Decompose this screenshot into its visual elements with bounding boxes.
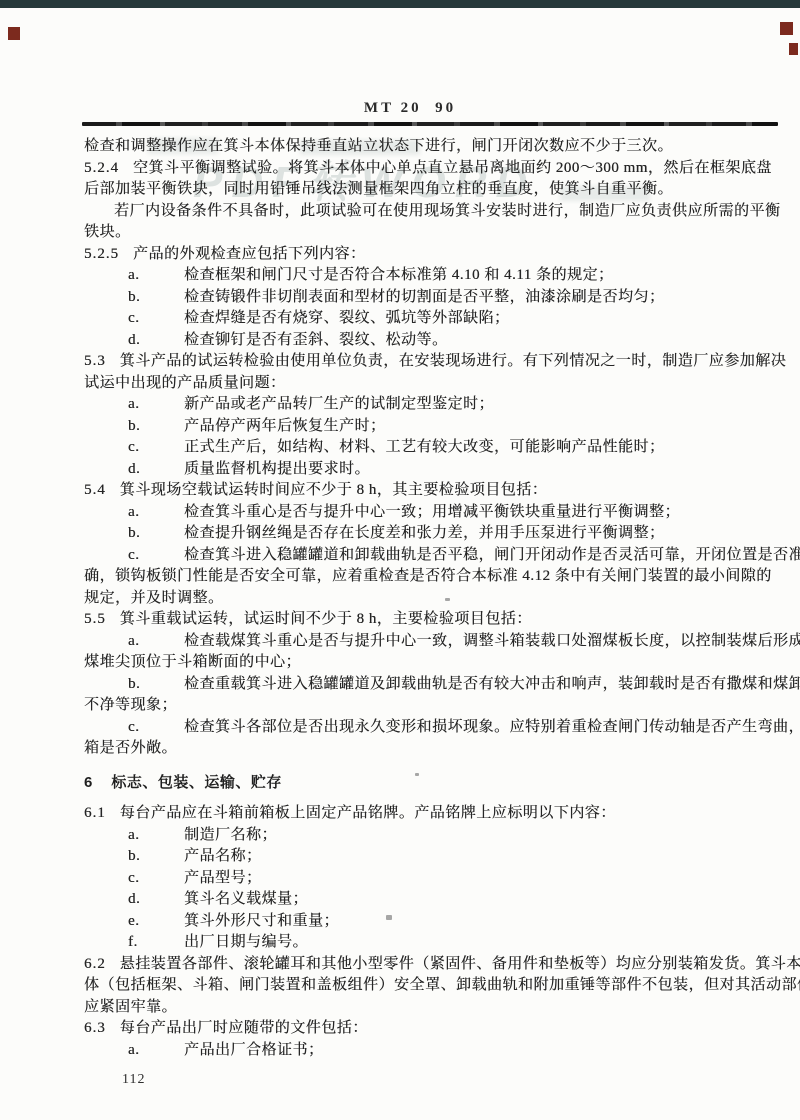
text-line: c.正式生产后，如结构、材料、工艺有较大改变，可能影响产品性能时； [84,437,744,459]
text-line: 5.5箕斗重载试运转，试运时间不少于 8 h，主要检验项目包括： [84,609,744,631]
line-text: 每台产品出厂时应随带的文件包括： [120,1020,368,1036]
text-line: 5.3箕斗产品的试运转检验由使用单位负责，在安装现场进行。有下列情况之一时，制造… [84,351,744,373]
text-line: 不净等现象； [84,695,744,717]
clause-number: 5.3 [84,351,106,373]
line-text: 检查和调整操作应在箕斗本体保持垂直站立状态下进行，闸门开闭次数应不少于三次。 [84,138,673,154]
item-label: c. [128,717,145,739]
line-text: 检查框架和闸门尺寸是否符合本标准第 4.10 和 4.11 条的规定； [184,267,613,283]
line-text: 检查箕斗各部位是否出现永久变形和损坏现象。应特别着重检查闸门传动轴是否产生弯曲，… [184,719,800,735]
text-line: b.检查铸锻件非切削表面和型材的切割面是否平整，油漆涂刷是否均匀； [84,287,744,309]
item-label: d. [128,330,145,352]
line-text: 检查焊缝是否有烧穿、裂纹、弧坑等外部缺陷； [184,310,510,326]
clause-number: 5.2.5 [84,244,119,266]
item-label: e. [128,911,145,933]
scan-edge-bar [0,0,800,8]
standard-code-header: MT 20 90 [300,100,520,117]
line-text: 箕斗产品的试运转检验由使用单位负责，在安装现场进行。有下列情况之一时，制造厂应参… [120,353,787,369]
line-text: 检查重载箕斗进入稳罐罐道及卸载曲轨是否有较大冲击和响声，装卸载时是否有撒煤和煤卸 [184,676,800,692]
clause-number: 6.1 [84,803,106,825]
text-line: 5.2.5产品的外观检查应包括下列内容： [84,244,744,266]
text-line: d.箕斗名义载煤量； [84,889,744,911]
line-text: 产品的外观检查应包括下列内容： [133,246,366,262]
text-line: b.检查重载箕斗进入稳罐罐道及卸载曲轨是否有较大冲击和响声，装卸载时是否有撒煤和… [84,674,744,696]
text-line: 5.4箕斗现场空载试运转时间应不少于 8 h，其主要检验项目包括： [84,480,744,502]
text-line: c.检查箕斗进入稳罐罐道和卸载曲轨是否平稳，闸门开闭动作是否灵活可靠，开闭位置是… [84,545,744,567]
section-heading: 6标志、包装、运输、贮存 [84,772,744,794]
line-text: 空箕斗平衡调整试验。将箕斗本体中心单点直立悬吊离地面约 200～300 mm，然… [133,160,772,176]
line-text: 悬挂装置各部件、滚轮罐耳和其他小型零件（紧固件、备用件和垫板等）均应分别装箱发货… [120,956,800,972]
line-text: 不净等现象； [84,697,177,713]
text-line: 试运中出现的产品质量问题： [84,373,744,395]
line-text: 产品停产两年后恢复生产时； [184,418,386,434]
clause-number: 5.4 [84,480,106,502]
item-label: b. [128,523,145,545]
scanned-document-page: MT 20 90 PDF转WORD 检查和调整操作应在箕斗本体保持垂直站立状态下… [0,0,800,1120]
item-label: a. [128,394,145,416]
line-text: 产品名称； [184,848,262,864]
clause-number: 6.2 [84,954,106,976]
item-label: c. [128,868,145,890]
line-text: 制造厂名称； [184,827,277,843]
line-text: 产品出厂合格证书； [184,1042,324,1058]
text-line: 应紧固牢靠。 [84,997,744,1019]
text-line: a.新产品或老产品转厂生产的试制定型鉴定时； [84,394,744,416]
text-line: c.检查箕斗各部位是否出现永久变形和损坏现象。应特别着重检查闸门传动轴是否产生弯… [84,717,744,739]
item-label: c. [128,437,145,459]
text-line: 后部加装平衡铁块，同时用铅锤吊线法测量框架四角立柱的垂直度，使箕斗自重平衡。 [84,179,744,201]
text-line: 6.3每台产品出厂时应随带的文件包括： [84,1018,744,1040]
line-text: 若厂内设备条件不具备时，此项试验可在使用现场箕斗安装时进行，制造厂应负责供应所需… [114,203,781,219]
line-text: 检查箕斗重心是否与提升中心一致；用增减平衡铁块重量进行平衡调整； [184,504,680,520]
line-text: 检查铆钉是否有歪斜、裂纹、松动等。 [184,332,448,348]
text-line: f.出厂日期与编号。 [84,932,744,954]
line-text: 每台产品应在斗箱前箱板上固定产品铭牌。产品铭牌上应标明以下内容： [120,805,616,821]
clause-number: 5.2.4 [84,158,119,180]
text-line: 5.2.4空箕斗平衡调整试验。将箕斗本体中心单点直立悬吊离地面约 200～300… [84,158,744,180]
text-line: 箱是否外敞。 [84,738,744,760]
page-number: 112 [122,1072,145,1088]
line-text: 规定，并及时调整。 [84,590,224,606]
item-label: f. [128,932,145,954]
text-line: a.检查箕斗重心是否与提升中心一致；用增减平衡铁块重量进行平衡调整； [84,502,744,524]
item-label: c. [128,308,145,330]
scan-corner-mark [789,43,798,55]
scan-corner-mark [780,22,793,35]
document-body: 检查和调整操作应在箕斗本体保持垂直站立状态下进行，闸门开闭次数应不少于三次。5.… [84,136,744,1061]
text-line: 确，锁钩板锁门性能是否安全可靠，应着重检查是否符合本标准 4.12 条中有关闸门… [84,566,744,588]
line-text: 铁块。 [84,224,131,240]
item-label: d. [128,889,145,911]
item-label: b. [128,674,145,696]
line-text: 确，锁钩板锁门性能是否安全可靠，应着重检查是否符合本标准 4.12 条中有关闸门… [84,568,772,584]
text-line: 规定，并及时调整。 [84,588,744,610]
line-text: 检查铸锻件非切削表面和型材的切割面是否平整，油漆涂刷是否均匀； [184,289,665,305]
item-label: b. [128,846,145,868]
line-text: 质量监督机构提出要求时。 [184,461,370,477]
line-text: 检查提升钢丝绳是否存在长度差和张力差，并用手压泵进行平衡调整； [184,525,665,541]
header-divider-rule [82,122,778,126]
line-text: 箕斗外形尺寸和重量； [184,913,339,929]
line-text: 体（包括框架、斗箱、闸门装置和盖板组件）安全罩、卸载曲轨和附加重锤等部件不包装，… [84,977,800,993]
item-label: c. [128,545,145,567]
text-line: 煤堆尖顶位于斗箱断面的中心； [84,652,744,674]
text-line: 若厂内设备条件不具备时，此项试验可在使用现场箕斗安装时进行，制造厂应负责供应所需… [84,201,744,223]
line-text: 正式生产后，如结构、材料、工艺有较大改变，可能影响产品性能时； [184,439,665,455]
text-line: b.检查提升钢丝绳是否存在长度差和张力差，并用手压泵进行平衡调整； [84,523,744,545]
scan-corner-mark [8,27,20,40]
text-line: a.制造厂名称； [84,825,744,847]
text-line: 铁块。 [84,222,744,244]
text-line: 检查和调整操作应在箕斗本体保持垂直站立状态下进行，闸门开闭次数应不少于三次。 [84,136,744,158]
line-text: 箕斗名义载煤量； [184,891,308,907]
item-label: d. [128,459,145,481]
text-line: a.产品出厂合格证书； [84,1040,744,1062]
text-line: c.产品型号； [84,868,744,890]
text-line: a.检查载煤箕斗重心是否与提升中心一致，调整斗箱装载口处溜煤板长度，以控制装煤后… [84,631,744,653]
text-line: b.产品停产两年后恢复生产时； [84,416,744,438]
item-label: a. [128,502,145,524]
line-text: 箕斗重载试运转，试运时间不少于 8 h，主要检验项目包括： [120,611,532,627]
line-text: 出厂日期与编号。 [184,934,308,950]
line-text: 箱是否外敞。 [84,740,177,756]
text-line: 6.2悬挂装置各部件、滚轮罐耳和其他小型零件（紧固件、备用件和垫板等）均应分别装… [84,954,744,976]
clause-number: 6 [84,772,93,794]
text-line: d.质量监督机构提出要求时。 [84,459,744,481]
text-line: b.产品名称； [84,846,744,868]
line-text: 新产品或老产品转厂生产的试制定型鉴定时； [184,396,494,412]
text-line: c.检查焊缝是否有烧穿、裂纹、弧坑等外部缺陷； [84,308,744,330]
line-text: 箕斗现场空载试运转时间应不少于 8 h，其主要检验项目包括： [120,482,548,498]
clause-number: 6.3 [84,1018,106,1040]
item-label: a. [128,1040,145,1062]
line-text: 后部加装平衡铁块，同时用铅锤吊线法测量框架四角立柱的垂直度，使箕斗自重平衡。 [84,181,673,197]
item-label: b. [128,287,145,309]
line-text: 检查载煤箕斗重心是否与提升中心一致，调整斗箱装载口处溜煤板长度，以控制装煤后形成… [184,633,800,649]
text-line: e.箕斗外形尺寸和重量； [84,911,744,933]
line-text: 煤堆尖顶位于斗箱断面的中心； [84,654,301,670]
clause-number: 5.5 [84,609,106,631]
item-label: a. [128,825,145,847]
text-line: 体（包括框架、斗箱、闸门装置和盖板组件）安全罩、卸载曲轨和附加重锤等部件不包装，… [84,975,744,997]
text-line: d.检查铆钉是否有歪斜、裂纹、松动等。 [84,330,744,352]
item-label: a. [128,265,145,287]
line-text: 产品型号； [184,870,262,886]
text-line: a.检查框架和闸门尺寸是否符合本标准第 4.10 和 4.11 条的规定； [84,265,744,287]
line-text: 检查箕斗进入稳罐罐道和卸载曲轨是否平稳，闸门开闭动作是否灵活可靠，开闭位置是否准 [184,547,800,563]
line-text: 应紧固牢靠。 [84,999,177,1015]
item-label: a. [128,631,145,653]
text-line: 6.1每台产品应在斗箱前箱板上固定产品铭牌。产品铭牌上应标明以下内容： [84,803,744,825]
line-text: 标志、包装、运输、贮存 [111,774,282,791]
line-text: 试运中出现的产品质量问题： [84,375,286,391]
item-label: b. [128,416,145,438]
